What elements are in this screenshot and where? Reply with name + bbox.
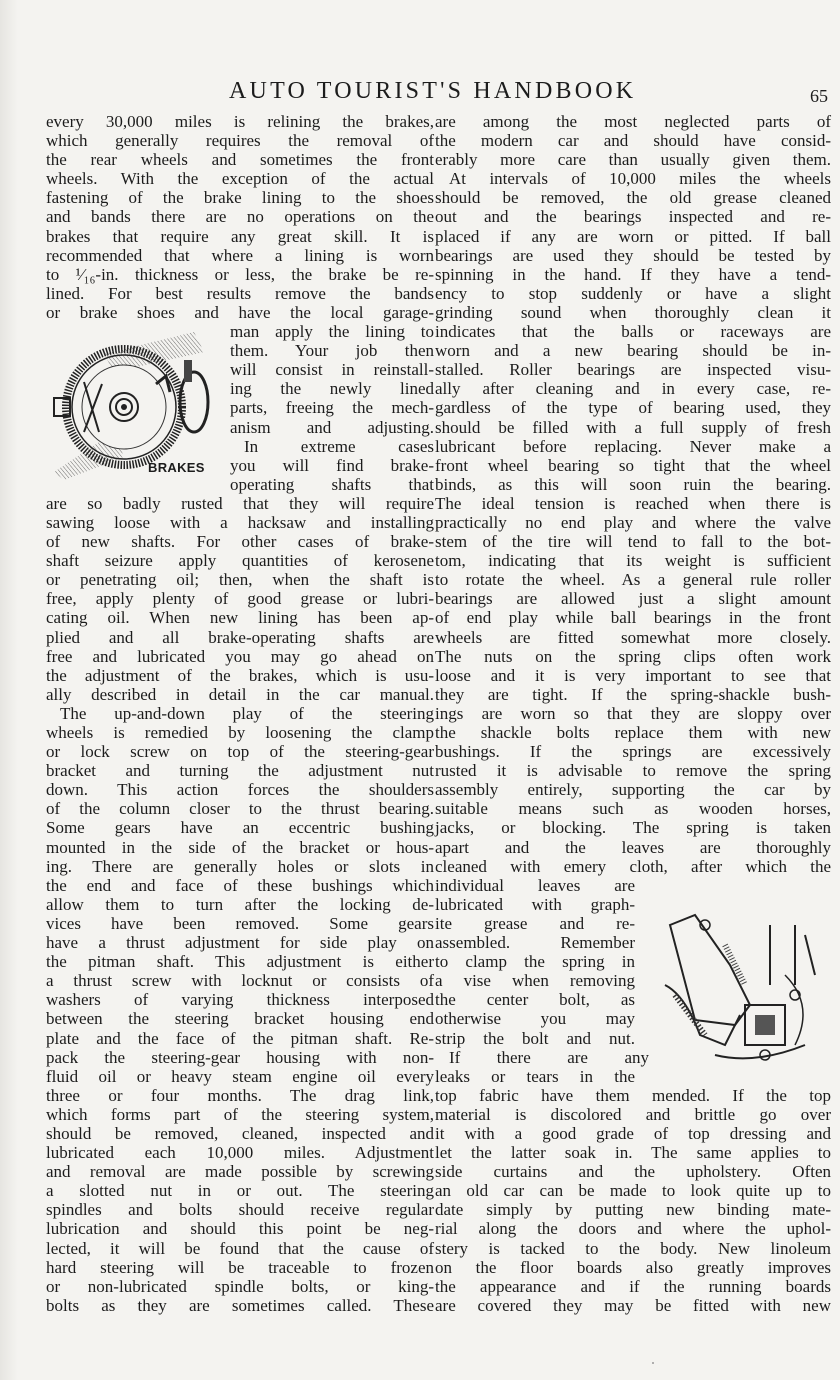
text-line: should be filled with a full supply of f… <box>435 418 831 437</box>
text-line: or penetrating oil; then, when the shaft… <box>46 570 434 589</box>
text-line: The ideal tension is reached when there … <box>435 494 831 513</box>
text-line: suitable means such as wooden horses, <box>435 799 831 818</box>
text-line: worn and a new bearing should be in- <box>435 341 831 360</box>
text-line: vices have been removed. Some gears <box>46 914 434 933</box>
text-line: a thrust screw with locknut or consists … <box>46 971 434 990</box>
text-line: wheels are fitted somewhat more closely. <box>435 628 831 647</box>
text-line: to rotate the wheel. As a general rule r… <box>435 570 831 589</box>
text-line: The nuts on the spring clips often work <box>435 647 831 666</box>
text-line: cleaned with emery cloth, after which th… <box>435 857 831 876</box>
text-line: Some gears have an eccentric bushing <box>46 818 434 837</box>
text-line: three or four months. The drag link, <box>46 1086 434 1105</box>
page-number: 65 <box>810 86 828 107</box>
text-line: mounted in the side of the bracket or ho… <box>46 838 434 857</box>
text-line: indicates that the balls or raceways are <box>435 322 831 341</box>
text-line: which generally requires the removal of <box>46 131 434 150</box>
page-header: AUTO TOURIST'S HANDBOOK 65 <box>0 78 840 108</box>
text-line: fastening of the brake lining to the sho… <box>46 188 434 207</box>
text-line: bracket and turning the adjustment nut <box>46 761 434 780</box>
text-line: fluid oil or heavy steam engine oil ever… <box>46 1067 434 1086</box>
right-text-column: are among the most neglected parts of th… <box>435 112 831 1315</box>
text-line: between the steering bracket housing end <box>46 1009 434 1028</box>
text-line: washers of varying thickness interposed <box>46 990 434 1009</box>
text-line: them. Your job then <box>230 341 434 360</box>
text-line: top fabric have them mended. If the top <box>435 1086 831 1105</box>
text-line: bushings. If the springs are excessively <box>435 742 831 761</box>
text-line: lubrication and should this point be neg… <box>46 1219 434 1238</box>
text-line: stalled. Roller bearings are inspected v… <box>435 360 831 379</box>
text-line: ally described in detail in the car manu… <box>46 685 434 704</box>
text-line: a slotted nut in or out. The steering <box>46 1181 434 1200</box>
text-line: ings are worn so that they are sloppy ov… <box>435 704 831 723</box>
text-line: of end play while ball bearings in the f… <box>435 608 831 627</box>
text-line: assembly entirely, supporting the car by <box>435 780 831 799</box>
text-line: jacks, or blocking. The spring is taken <box>435 818 831 837</box>
text-line: on the floor boards also greatly improve… <box>435 1258 831 1277</box>
text-line: of the column closer to the thrust beari… <box>46 799 434 818</box>
text-line: or non-lubricated spindle bolts, or king… <box>46 1277 434 1296</box>
text-line: grinding sound when thoroughly clean it <box>435 303 831 322</box>
text-line: bearings are used they should be tested … <box>435 246 831 265</box>
text-line: have a thrust adjustment for side play o… <box>46 933 434 952</box>
text-line: pack the steering-gear housing with non- <box>46 1048 434 1067</box>
text-line: ally after cleaning and in every case, r… <box>435 379 831 398</box>
text-line: the center bolt, as <box>435 990 635 1009</box>
text-line: binds, as this will soon ruin the bearin… <box>435 475 831 494</box>
text-line: hard steering will be traceable to froze… <box>46 1258 434 1277</box>
text-line: are among the most neglected parts of <box>435 112 831 131</box>
text-line: an old car can be made to look quite up … <box>435 1181 831 1200</box>
text-line: the modern car and should have consid- <box>435 131 831 150</box>
text-line: date simply by putting new binding mate- <box>435 1200 831 1219</box>
text-line: plate and the face of the pitman shaft. … <box>46 1029 434 1048</box>
text-line: rusted it is advisable to remove the spr… <box>435 761 831 780</box>
text-line: placed if any are worn or pitted. If bal… <box>435 227 831 246</box>
text-line: man apply the lining to <box>230 322 434 341</box>
text-line: material is discolored and brittle go ov… <box>435 1105 831 1124</box>
text-line: The up-and-down play of the steering <box>46 704 434 723</box>
text-line: you will find brake- <box>230 456 434 475</box>
text-line: the rear wheels and sometimes the front <box>46 150 434 169</box>
page-gutter-shadow <box>0 0 18 1380</box>
text-line: cating oil. When new lining has been ap- <box>46 608 434 627</box>
text-line: lined. For best results remove the bands <box>46 284 434 303</box>
text-line: ing. There are generally holes or slots … <box>46 857 434 876</box>
text-line: should be removed, cleaned, inspected an… <box>46 1124 434 1143</box>
text-line: apart and the leaves are thoroughly <box>435 838 831 857</box>
text-line: the appearance and if the running boards <box>435 1277 831 1296</box>
paper-speck <box>652 1362 654 1364</box>
text-line: front wheel bearing so tight that the wh… <box>435 456 831 475</box>
left-text-column: every 30,000 miles is relining the brake… <box>46 112 434 1315</box>
text-line: loose and it is very important to see th… <box>435 666 831 685</box>
text-line: shaft seizure apply quantities of kerose… <box>46 551 434 570</box>
text-line: they are tight. If the spring-shackle bu… <box>435 685 831 704</box>
text-line: lubricated with graph- <box>435 895 635 914</box>
text-line: which forms part of the steering system, <box>46 1105 434 1124</box>
text-line: are so badly rusted that they will requi… <box>46 494 434 513</box>
text-line: assembled. Remember <box>435 933 635 952</box>
text-line: recommended that where a lining is worn <box>46 246 434 265</box>
text-line: free, apply plenty of good grease or lub… <box>46 589 434 608</box>
text-line: bolts as they are sometimes called. Thes… <box>46 1296 434 1315</box>
text-line: and bands there are no operations on the <box>46 207 434 226</box>
text-line: strip the bolt and nut. <box>435 1029 635 1048</box>
text-line: allow them to turn after the locking de- <box>46 895 434 914</box>
text-line: otherwise you may <box>435 1009 635 1028</box>
text-line: individual leaves are <box>435 876 635 895</box>
text-line: the adjustment of the brakes, which is u… <box>46 666 434 685</box>
text-line: bearings are allowed just a slight amoun… <box>435 589 831 608</box>
text-line: sawing loose with a hacksaw and installi… <box>46 513 434 532</box>
text-line: lubricant before replacing. Never make a <box>435 437 831 456</box>
text-line: the pitman shaft. This adjustment is eit… <box>46 952 434 971</box>
text-line: ing the newly lined <box>230 379 434 398</box>
text-line: it with a good grade of top dressing and <box>435 1124 831 1143</box>
text-line: a vise when removing <box>435 971 635 990</box>
text-line: or brake shoes and have the local garage… <box>46 303 434 322</box>
text-line: out and the bearings inspected and re- <box>435 207 831 226</box>
text-line: down. This action forces the shoulders <box>46 780 434 799</box>
text-line: the end and face of these bushings which <box>46 876 434 895</box>
text-line: practically no end play and where the va… <box>435 513 831 532</box>
text-line: let the latter soak in. The same applies… <box>435 1143 831 1162</box>
text-line: stery is tacked to the body. New linoleu… <box>435 1239 831 1258</box>
text-line: every 30,000 miles is relining the brake… <box>46 112 434 131</box>
text-line: spindles and bolts should receive regula… <box>46 1200 434 1219</box>
text-line: and removal are made possible by screwin… <box>46 1162 434 1181</box>
text-line: the shackle bolts replace them with new <box>435 723 831 742</box>
text-line: tom, indicating that its weight is suffi… <box>435 551 831 570</box>
text-line: lubricated each 10,000 miles. Adjustment <box>46 1143 434 1162</box>
text-line: wheels is remedied by loosening the clam… <box>46 723 434 742</box>
text-line: wheels. With the exception of the actual <box>46 169 434 188</box>
text-line: free and lubricated you may go ahead on <box>46 647 434 666</box>
text-line: operating shafts that <box>230 475 434 494</box>
text-line: stem of the tire will tend to fall to th… <box>435 532 831 551</box>
running-title: AUTO TOURIST'S HANDBOOK <box>229 78 636 105</box>
text-line: or lock screw on top of the steering-gea… <box>46 742 434 761</box>
text-line: gardless of the type of bearing used, th… <box>435 398 831 417</box>
text-line: should be removed, the old grease cleane… <box>435 188 831 207</box>
text-line: rial along the doors and where the uphol… <box>435 1219 831 1238</box>
text-line: leaks or tears in the <box>435 1067 635 1086</box>
text-line: of new shafts. For other cases of brake- <box>46 532 434 551</box>
text-line: lected, it will be found that the cause … <box>46 1239 434 1258</box>
text-line: to ¹⁄₁₆-in. thickness or less, the brake… <box>46 265 434 284</box>
text-line: parts, freeing the mech- <box>230 398 434 417</box>
text-line: ite grease and re- <box>435 914 635 933</box>
text-line: At intervals of 10,000 miles the wheels <box>435 169 831 188</box>
text-line: side curtains and the upholstery. Often <box>435 1162 831 1181</box>
text-line: If there are any <box>435 1048 649 1067</box>
text-line: to clamp the spring in <box>435 952 635 971</box>
text-line: brakes that require any great skill. It … <box>46 227 434 246</box>
text-line: will consist in reinstall- <box>230 360 434 379</box>
text-line: ency to stop suddenly or have a slight <box>435 284 831 303</box>
text-line: spinning in the hand. If they have a ten… <box>435 265 831 284</box>
text-line: anism and adjusting. <box>230 418 434 437</box>
text-line: are covered they may be fitted with new <box>435 1296 831 1315</box>
text-line: In extreme cases <box>230 437 434 456</box>
text-line: plied and all brake-operating shafts are <box>46 628 434 647</box>
text-line: erably more care than usually given them… <box>435 150 831 169</box>
